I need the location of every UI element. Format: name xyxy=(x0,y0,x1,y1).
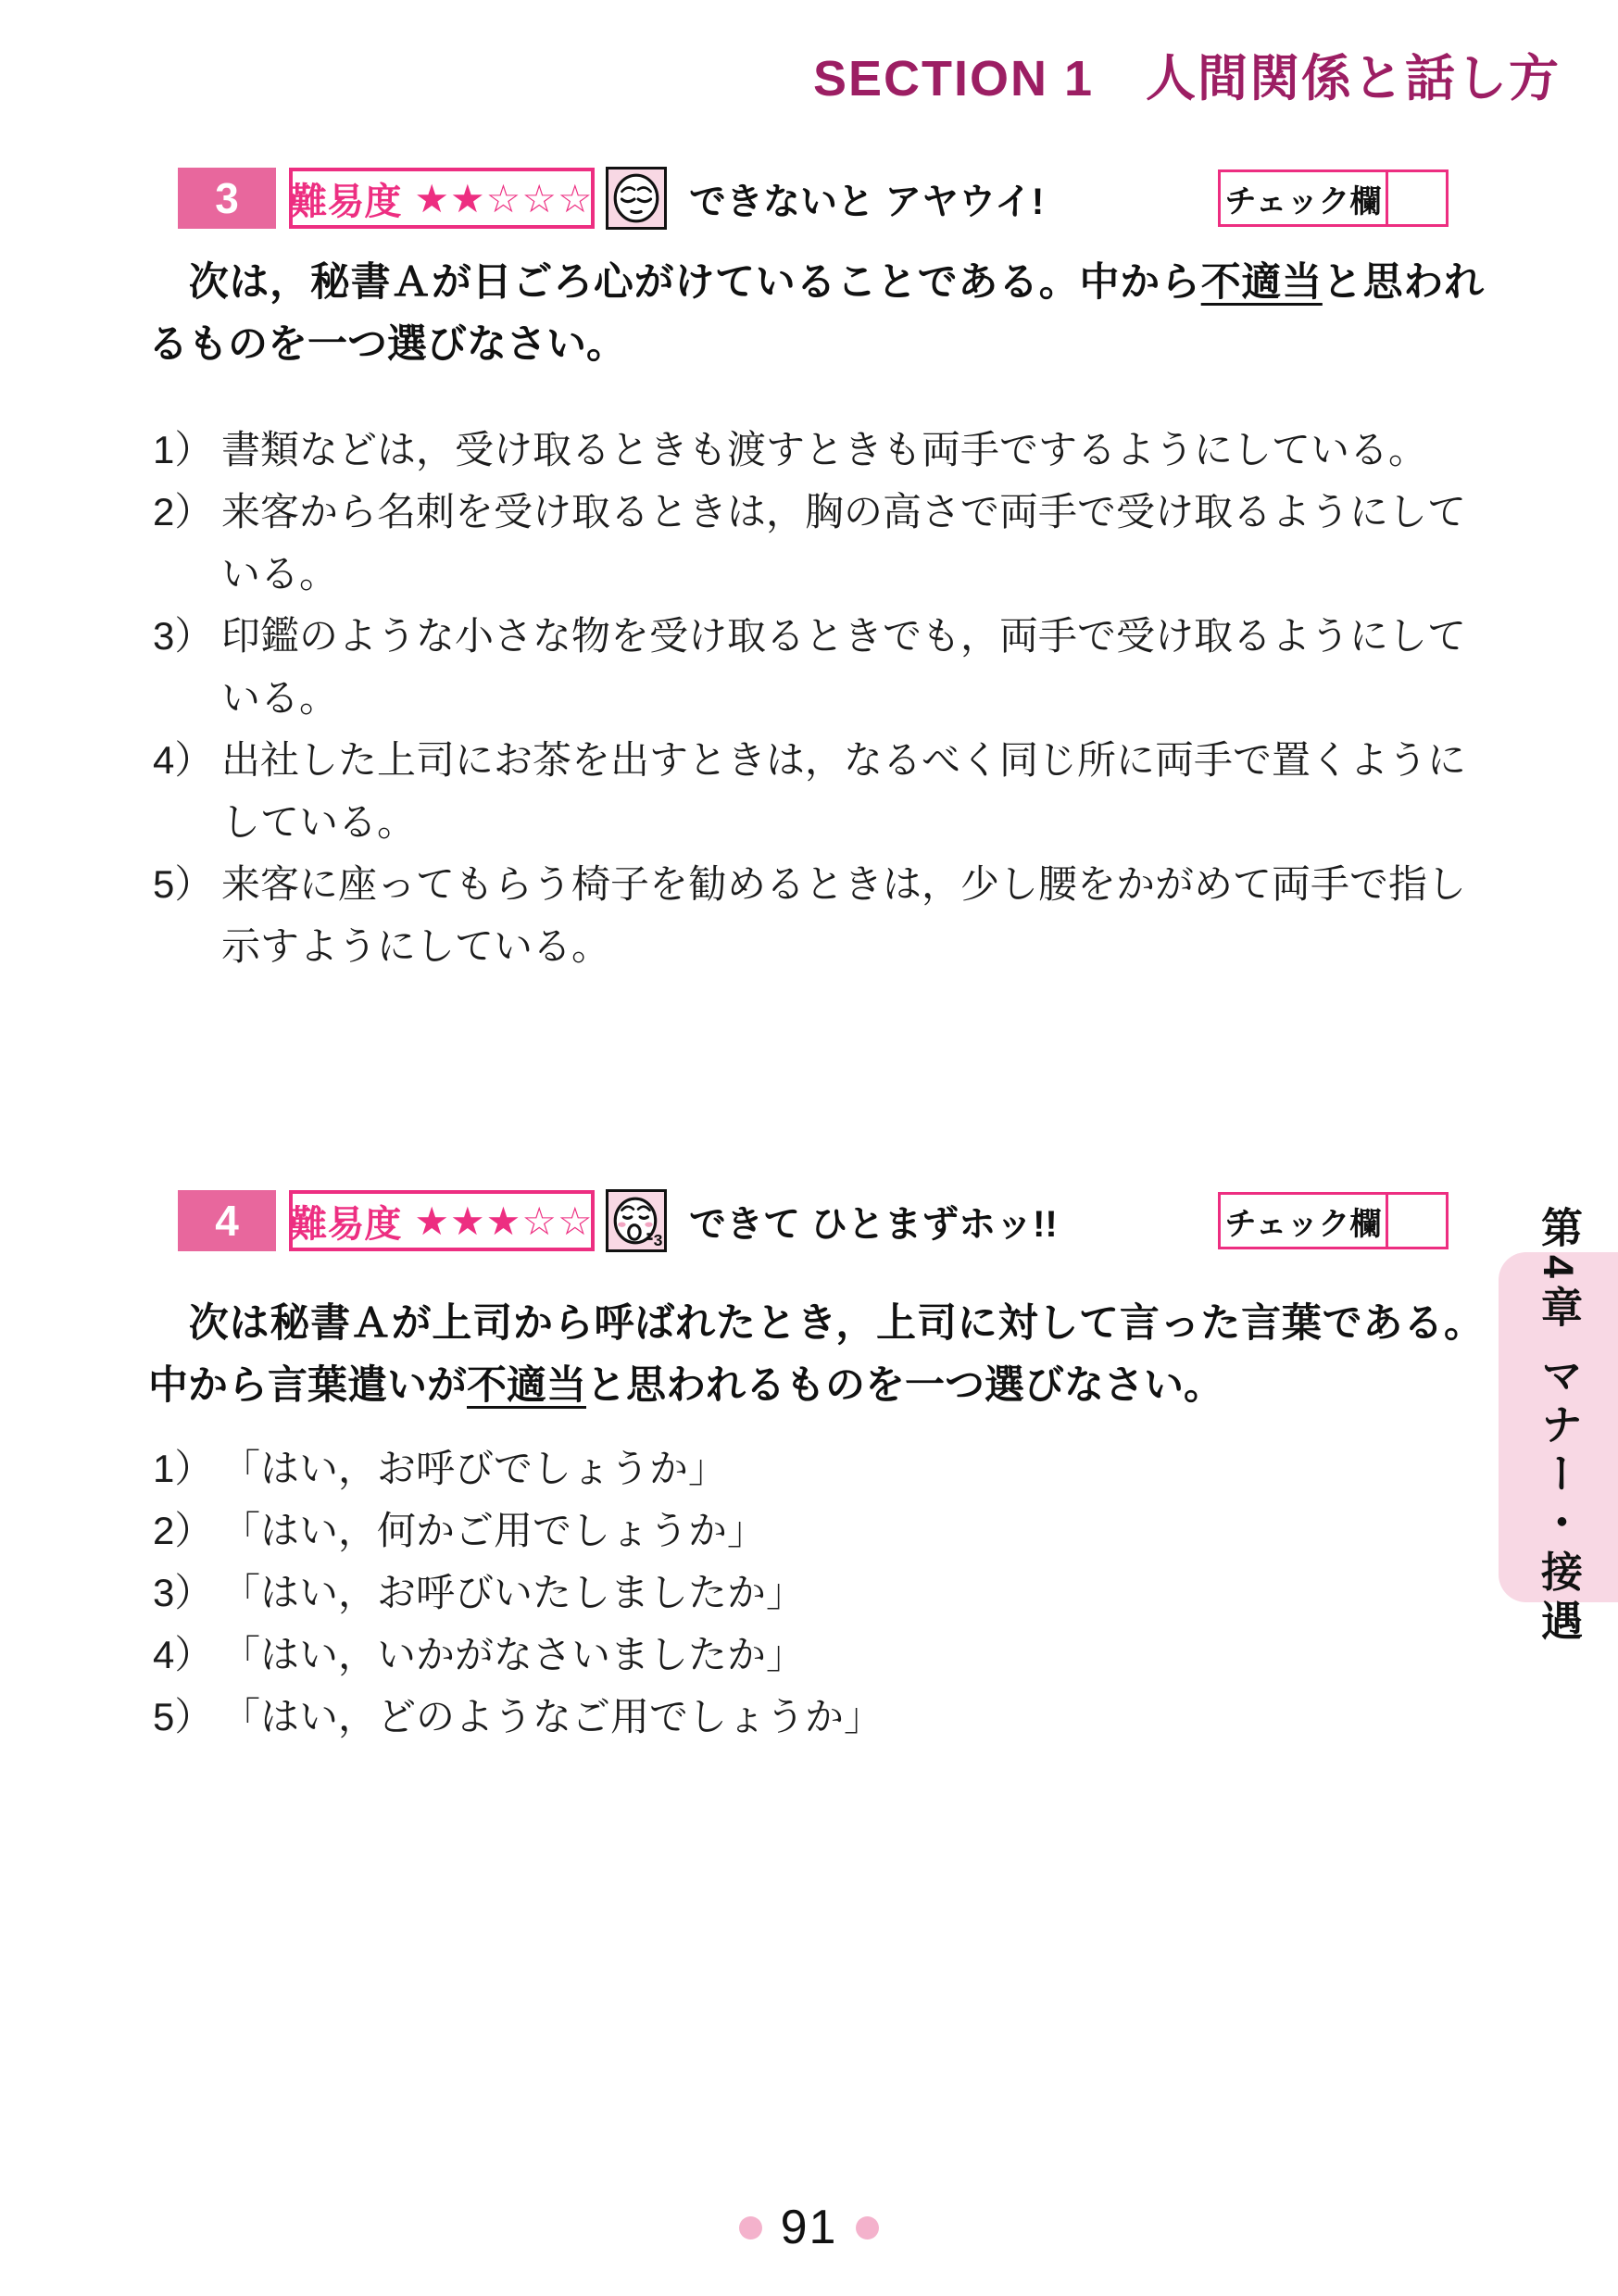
option-text: 「はい，何かご用でしょうか」 xyxy=(221,1499,1485,1562)
check-box-cell xyxy=(1388,1195,1446,1247)
footer-dot-icon xyxy=(739,2216,762,2240)
option-row: 1） 「はい，お呼びでしょうか」 xyxy=(153,1437,1485,1499)
option-marker: 5） xyxy=(153,853,221,977)
option-marker: 4） xyxy=(153,1624,221,1686)
page-footer: 91 xyxy=(0,2200,1618,2255)
option-marker: 1） xyxy=(153,1437,221,1499)
check-box-cell xyxy=(1388,172,1446,224)
option-row: 5） 「はい，どのようなご用でしょうか」 xyxy=(153,1686,1485,1748)
option-row: 2） 「はい，何かご用でしょうか」 xyxy=(153,1499,1485,1562)
chapter-tab-label: 第4章 マナー・接遇 xyxy=(1528,1206,1588,1649)
intro-text: 次は，秘書Ａが日ごろ心がけていることである。中から xyxy=(148,260,1201,305)
option-marker: 5） xyxy=(153,1686,221,1748)
option-text: 「はい，お呼びいたしましたか」 xyxy=(221,1562,1485,1624)
option-marker: 2） xyxy=(153,481,221,605)
question-4-catchphrase: できて ひとまずホッ!! xyxy=(689,1195,1058,1248)
difficulty-stars: ★★★☆☆ xyxy=(414,1198,593,1244)
sigh-mark: 3 xyxy=(654,1231,662,1248)
check-box-label: チェック欄 xyxy=(1221,172,1388,224)
option-marker: 4） xyxy=(153,729,221,853)
option-text: 来客に座ってもらう椅子を勧めるときは，少し腰をかがめて両手で指し示すようにしてい… xyxy=(221,853,1485,977)
question-3-face-box xyxy=(606,167,667,230)
option-row: 1） 書類などは，受け取るときも渡すときも両手でするようにしている。 xyxy=(153,419,1485,481)
question-3-number-badge: 3 xyxy=(178,168,276,229)
option-marker: 3） xyxy=(153,1562,221,1624)
difficulty-stars: ★★☆☆☆ xyxy=(414,176,593,221)
option-marker: 1） xyxy=(153,419,221,481)
question-3-catchphrase: できないと アヤウイ! xyxy=(689,172,1044,225)
question-3-header: 3 難易度 ★★☆☆☆ できないと アヤウイ! xyxy=(178,168,1044,229)
question-4-options: 1） 「はい，お呼びでしょうか」 2） 「はい，何かご用でしょうか」 3） 「は… xyxy=(153,1437,1485,1748)
intro-underlined-word: 不適当 xyxy=(1201,260,1323,305)
worried-face-icon xyxy=(610,171,662,225)
question-3-options: 1） 書類などは，受け取るときも渡すときも両手でするようにしている。 2） 来客… xyxy=(153,419,1485,977)
question-4-difficulty-box: 難易度 ★★★☆☆ xyxy=(289,1190,595,1251)
question-4-check-box: チェック欄 xyxy=(1218,1192,1449,1249)
option-text: 出社した上司にお茶を出すときは，なるべく同じ所に両手で置くようにしている。 xyxy=(221,729,1485,853)
option-text: 来客から名刺を受け取るときは，胸の高さで両手で受け取るようにしている。 xyxy=(221,481,1485,605)
option-text: 印鑑のような小さな物を受け取るときでも，両手で受け取るようにしている。 xyxy=(221,605,1485,729)
option-row: 3） 「はい，お呼びいたしましたか」 xyxy=(153,1562,1485,1624)
question-4-number-badge: 4 xyxy=(178,1190,276,1251)
intro-text: と思われるものを一つ選びなさい。 xyxy=(586,1363,1223,1408)
question-3-intro: 次は，秘書Ａが日ごろ心がけていることである。中から不適当と思われるものを一つ選び… xyxy=(148,252,1484,376)
question-4-header: 4 難易度 ★★★☆☆ 3 できて ひとまずホッ!! xyxy=(178,1190,1058,1251)
textbook-page: SECTION 1 人間関係と話し方 3 難易度 ★★☆☆☆ できないと アヤウ… xyxy=(0,0,1618,2296)
page-number: 91 xyxy=(781,2200,838,2255)
difficulty-label: 難易度 xyxy=(290,172,401,225)
option-marker: 3） xyxy=(153,605,221,729)
option-row: 4） 「はい，いかがなさいましたか」 xyxy=(153,1624,1485,1686)
option-marker: 2） xyxy=(153,1499,221,1562)
check-box-label: チェック欄 xyxy=(1221,1195,1388,1247)
option-text: 書類などは，受け取るときも渡すときも両手でするようにしている。 xyxy=(221,419,1485,481)
option-row: 2） 来客から名刺を受け取るときは，胸の高さで両手で受け取るようにしている。 xyxy=(153,481,1485,605)
option-text: 「はい，どのようなご用でしょうか」 xyxy=(221,1686,1485,1748)
section-title: SECTION 1 人間関係と話し方 xyxy=(813,39,1561,110)
question-3-check-box: チェック欄 xyxy=(1218,169,1449,227)
option-text: 「はい，いかがなさいましたか」 xyxy=(221,1624,1485,1686)
intro-underlined-word: 不適当 xyxy=(467,1363,586,1408)
question-4-face-box: 3 xyxy=(606,1189,667,1252)
chapter-tab: 第4章 マナー・接遇 xyxy=(1499,1252,1618,1602)
option-text: 「はい，お呼びでしょうか」 xyxy=(221,1437,1485,1499)
question-3-difficulty-box: 難易度 ★★☆☆☆ xyxy=(289,168,595,229)
question-4-intro: 次は秘書Ａが上司から呼ばれたとき，上司に対して言った言葉である。中から言葉遣いが… xyxy=(148,1293,1484,1417)
option-row: 4） 出社した上司にお茶を出すときは，なるべく同じ所に両手で置くようにしている。 xyxy=(153,729,1485,853)
footer-dot-icon xyxy=(856,2216,879,2240)
difficulty-label: 難易度 xyxy=(290,1195,401,1248)
option-row: 3） 印鑑のような小さな物を受け取るときでも，両手で受け取るようにしている。 xyxy=(153,605,1485,729)
relieved-sigh-face-icon: 3 xyxy=(610,1194,662,1248)
option-row: 5） 来客に座ってもらう椅子を勧めるときは，少し腰をかがめて両手で指し示すように… xyxy=(153,853,1485,977)
